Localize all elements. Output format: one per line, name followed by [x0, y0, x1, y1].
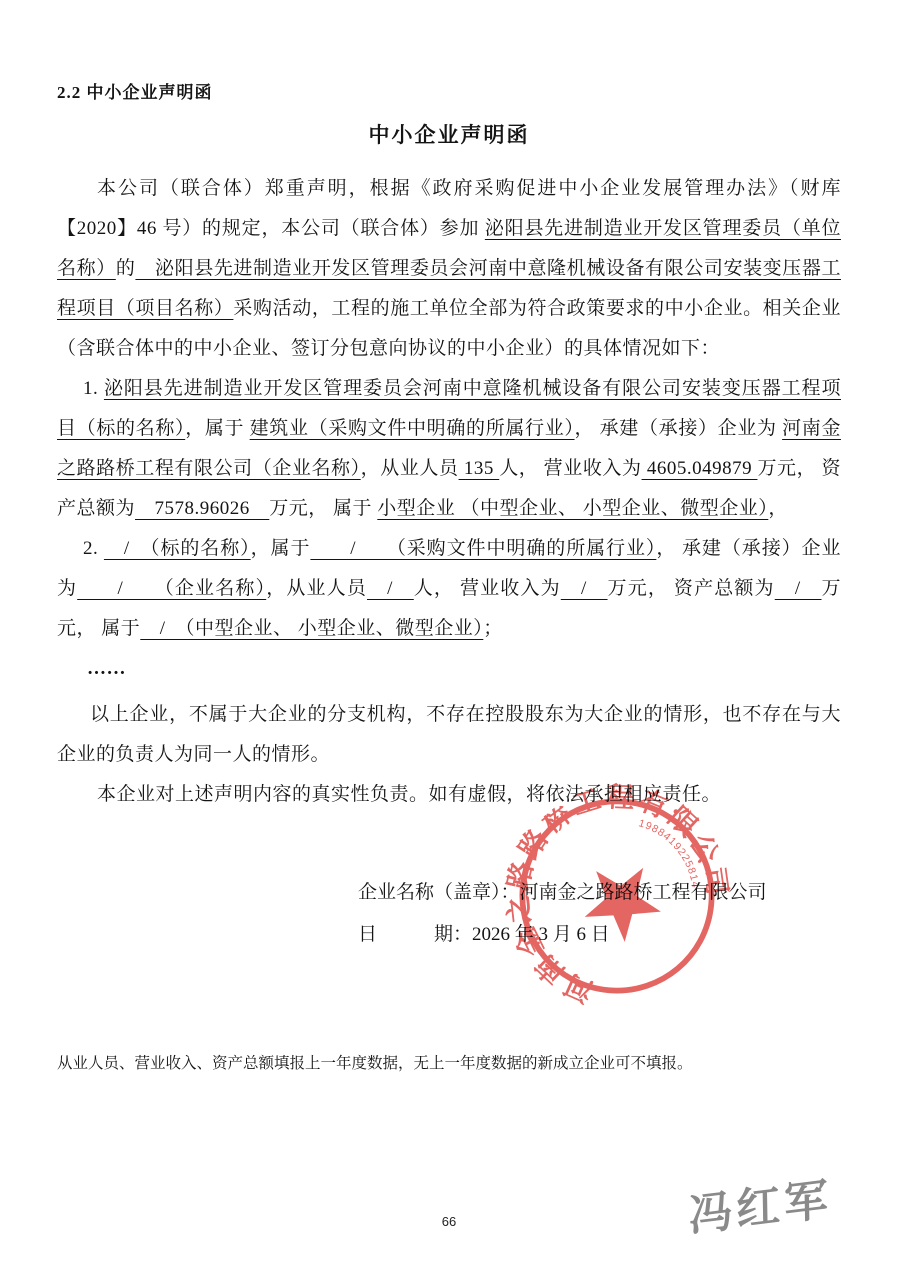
body-text: 本公司（联合体）郑重声明，根据《政府采购促进中小企业发展管理办法》（财库【202…: [57, 169, 841, 815]
text-run: /: [561, 578, 608, 599]
text-run: / （标的名称）: [104, 538, 251, 559]
document-page: 2.2 中小企业声明函 中小企业声明函 本公司（联合体）郑重声明，根据《政府采购…: [0, 0, 898, 1264]
text-run: /: [367, 578, 414, 599]
text-run: / （中型企业、 小型企业、微型企业）: [140, 618, 483, 639]
text-run: ， 承建（承接）企业为: [575, 418, 783, 439]
text-run: ，属于: [185, 418, 249, 439]
text-run: 小型企业 （中型企业、 小型企业、微型企业）: [377, 498, 768, 519]
text-run: ，从业人员: [266, 578, 367, 599]
text-run: 人， 营业收入为: [499, 458, 641, 479]
footnote: 从业人员、营业收入、资产总额填报上一年度数据，无上一年度数据的新成立企业可不填报…: [57, 1052, 841, 1076]
text-run: 以上企业，不属于大企业的分支机构，不存在控股股东为大企业的情形，也不存在与大企业…: [57, 704, 841, 765]
para-declaration: 本公司（联合体）郑重声明，根据《政府采购促进中小企业发展管理办法》（财库【202…: [57, 169, 841, 369]
page-title: 中小企业声明函: [57, 119, 841, 149]
company-name-line: 企业名称（盖章）：河南金之路路桥工程有限公司: [358, 872, 767, 914]
para-item-2: 2. / （标的名称），属于 / （采购文件中明确的所属行业）， 承建（承接）企…: [57, 529, 841, 649]
text-run: /: [775, 578, 822, 599]
text-run: 135: [459, 458, 500, 479]
page-number: 66: [0, 1214, 898, 1229]
section-heading: 2.2 中小企业声明函: [57, 78, 841, 103]
text-run: 7578.96026: [135, 498, 269, 519]
text-run: ，: [768, 498, 788, 519]
document-content: 2.2 中小企业声明函 中小企业声明函 本公司（联合体）郑重声明，根据《政府采购…: [57, 78, 841, 815]
text-run: / （采购文件中明确的所属行业）: [310, 538, 656, 559]
text-run: 2.: [83, 538, 104, 559]
text-run: ；: [483, 618, 503, 639]
text-run: 人， 营业收入为: [414, 578, 561, 599]
handwritten-signature: 冯红军: [688, 1156, 888, 1245]
text-run: ，属于: [251, 538, 311, 559]
para-item-1: 1. 泌阳县先进制造业开发区管理委员会河南中意隆机械设备有限公司安装变压器工程项…: [57, 369, 841, 529]
text-run: 建筑业（采购文件中明确的所属行业）: [250, 418, 575, 439]
text-run: / （企业名称）: [77, 578, 266, 599]
text-run: 1.: [83, 378, 104, 399]
text-run: 的: [116, 258, 136, 279]
text-run: 本企业对上述声明内容的真实性负责。如有虚假，将依法承担相应责任。: [97, 784, 721, 805]
para-no-affiliation: 以上企业，不属于大企业的分支机构，不存在控股股东为大企业的情形，也不存在与大企业…: [57, 695, 841, 775]
signature-block: 企业名称（盖章）：河南金之路路桥工程有限公司 日 期：2026 年 3 月 6 …: [358, 872, 767, 956]
text-run: 4605.049879: [642, 458, 758, 479]
text-run: 万元， 资产总额为: [608, 578, 775, 599]
text-run: ……: [87, 658, 126, 679]
date-line: 日 期：2026 年 3 月 6 日: [358, 914, 767, 956]
para-ellipsis: ……: [57, 649, 841, 689]
text-run: ，从业人员: [361, 458, 459, 479]
text-run: 万元， 属于: [269, 498, 377, 519]
para-responsibility: 本企业对上述声明内容的真实性负责。如有虚假，将依法承担相应责任。: [57, 775, 841, 815]
